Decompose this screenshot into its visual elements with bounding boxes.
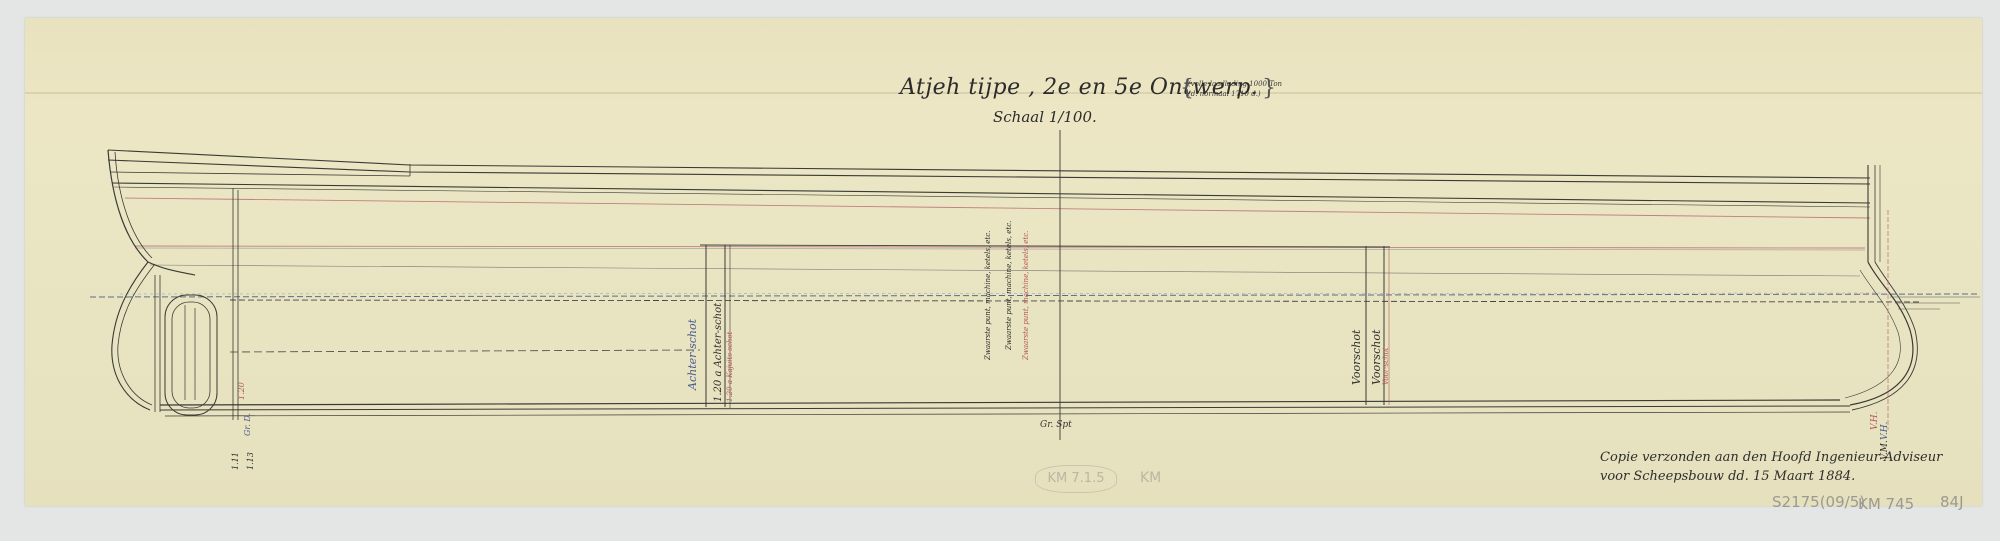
bulkhead-label-aft-1: Achter-schot <box>686 319 699 390</box>
weight-point-label-1: Zwaarste punt, machine, ketels, etc. <box>984 231 992 360</box>
copy-note-line-2: voor Scheepsbouw dd. 15 Maart 1884. <box>1600 467 1942 486</box>
archive-stamp: KM 7.1.5 <box>1035 465 1117 493</box>
archive-ref-2: KM 745 <box>1858 495 1914 513</box>
bulkhead-label-aft-2: 1.20 a Achter-schot <box>713 303 724 402</box>
bow-mark-2: V.H. <box>1880 422 1890 441</box>
copy-note-line-1: Copie verzonden aan den Hoofd Ingenieur … <box>1600 448 1942 467</box>
stern-mark-3: 1.11 <box>231 452 240 470</box>
bulkhead-label-aft-2-red: 1.20 a Kajuits-schot <box>726 332 734 402</box>
stern-mark-1: 1.20 <box>237 382 246 400</box>
bow-mark-1: V.H. <box>1870 412 1880 431</box>
brace-close: } <box>1262 76 1276 101</box>
copy-note: Copie verzonden aan den Hoofd Ingenieur … <box>1600 448 1942 486</box>
drawing-scale: Schaal 1/100. <box>993 108 1097 126</box>
bulkhead-label-fwd-1: Voorschot <box>1350 330 1363 385</box>
stern-mark-4: 1.13 <box>246 452 255 470</box>
archive-ref-3: 84J <box>1940 493 1964 511</box>
archive-stamp-mark: KM <box>1140 470 1161 486</box>
centerline-label: Gr. Spt <box>1040 420 1072 430</box>
archive-ref-1: S2175(09/5) <box>1772 493 1865 511</box>
bulkhead-label-fwd-2-red: Voor-schot <box>1382 347 1390 385</box>
weight-point-label-2: Zwaarste punt, machine, ketels, etc. <box>1005 221 1013 350</box>
stern-mark-2: Gr. D. <box>243 413 252 436</box>
weight-point-label-3: Zwaarste punt, machine, ketels, etc. <box>1022 231 1030 360</box>
